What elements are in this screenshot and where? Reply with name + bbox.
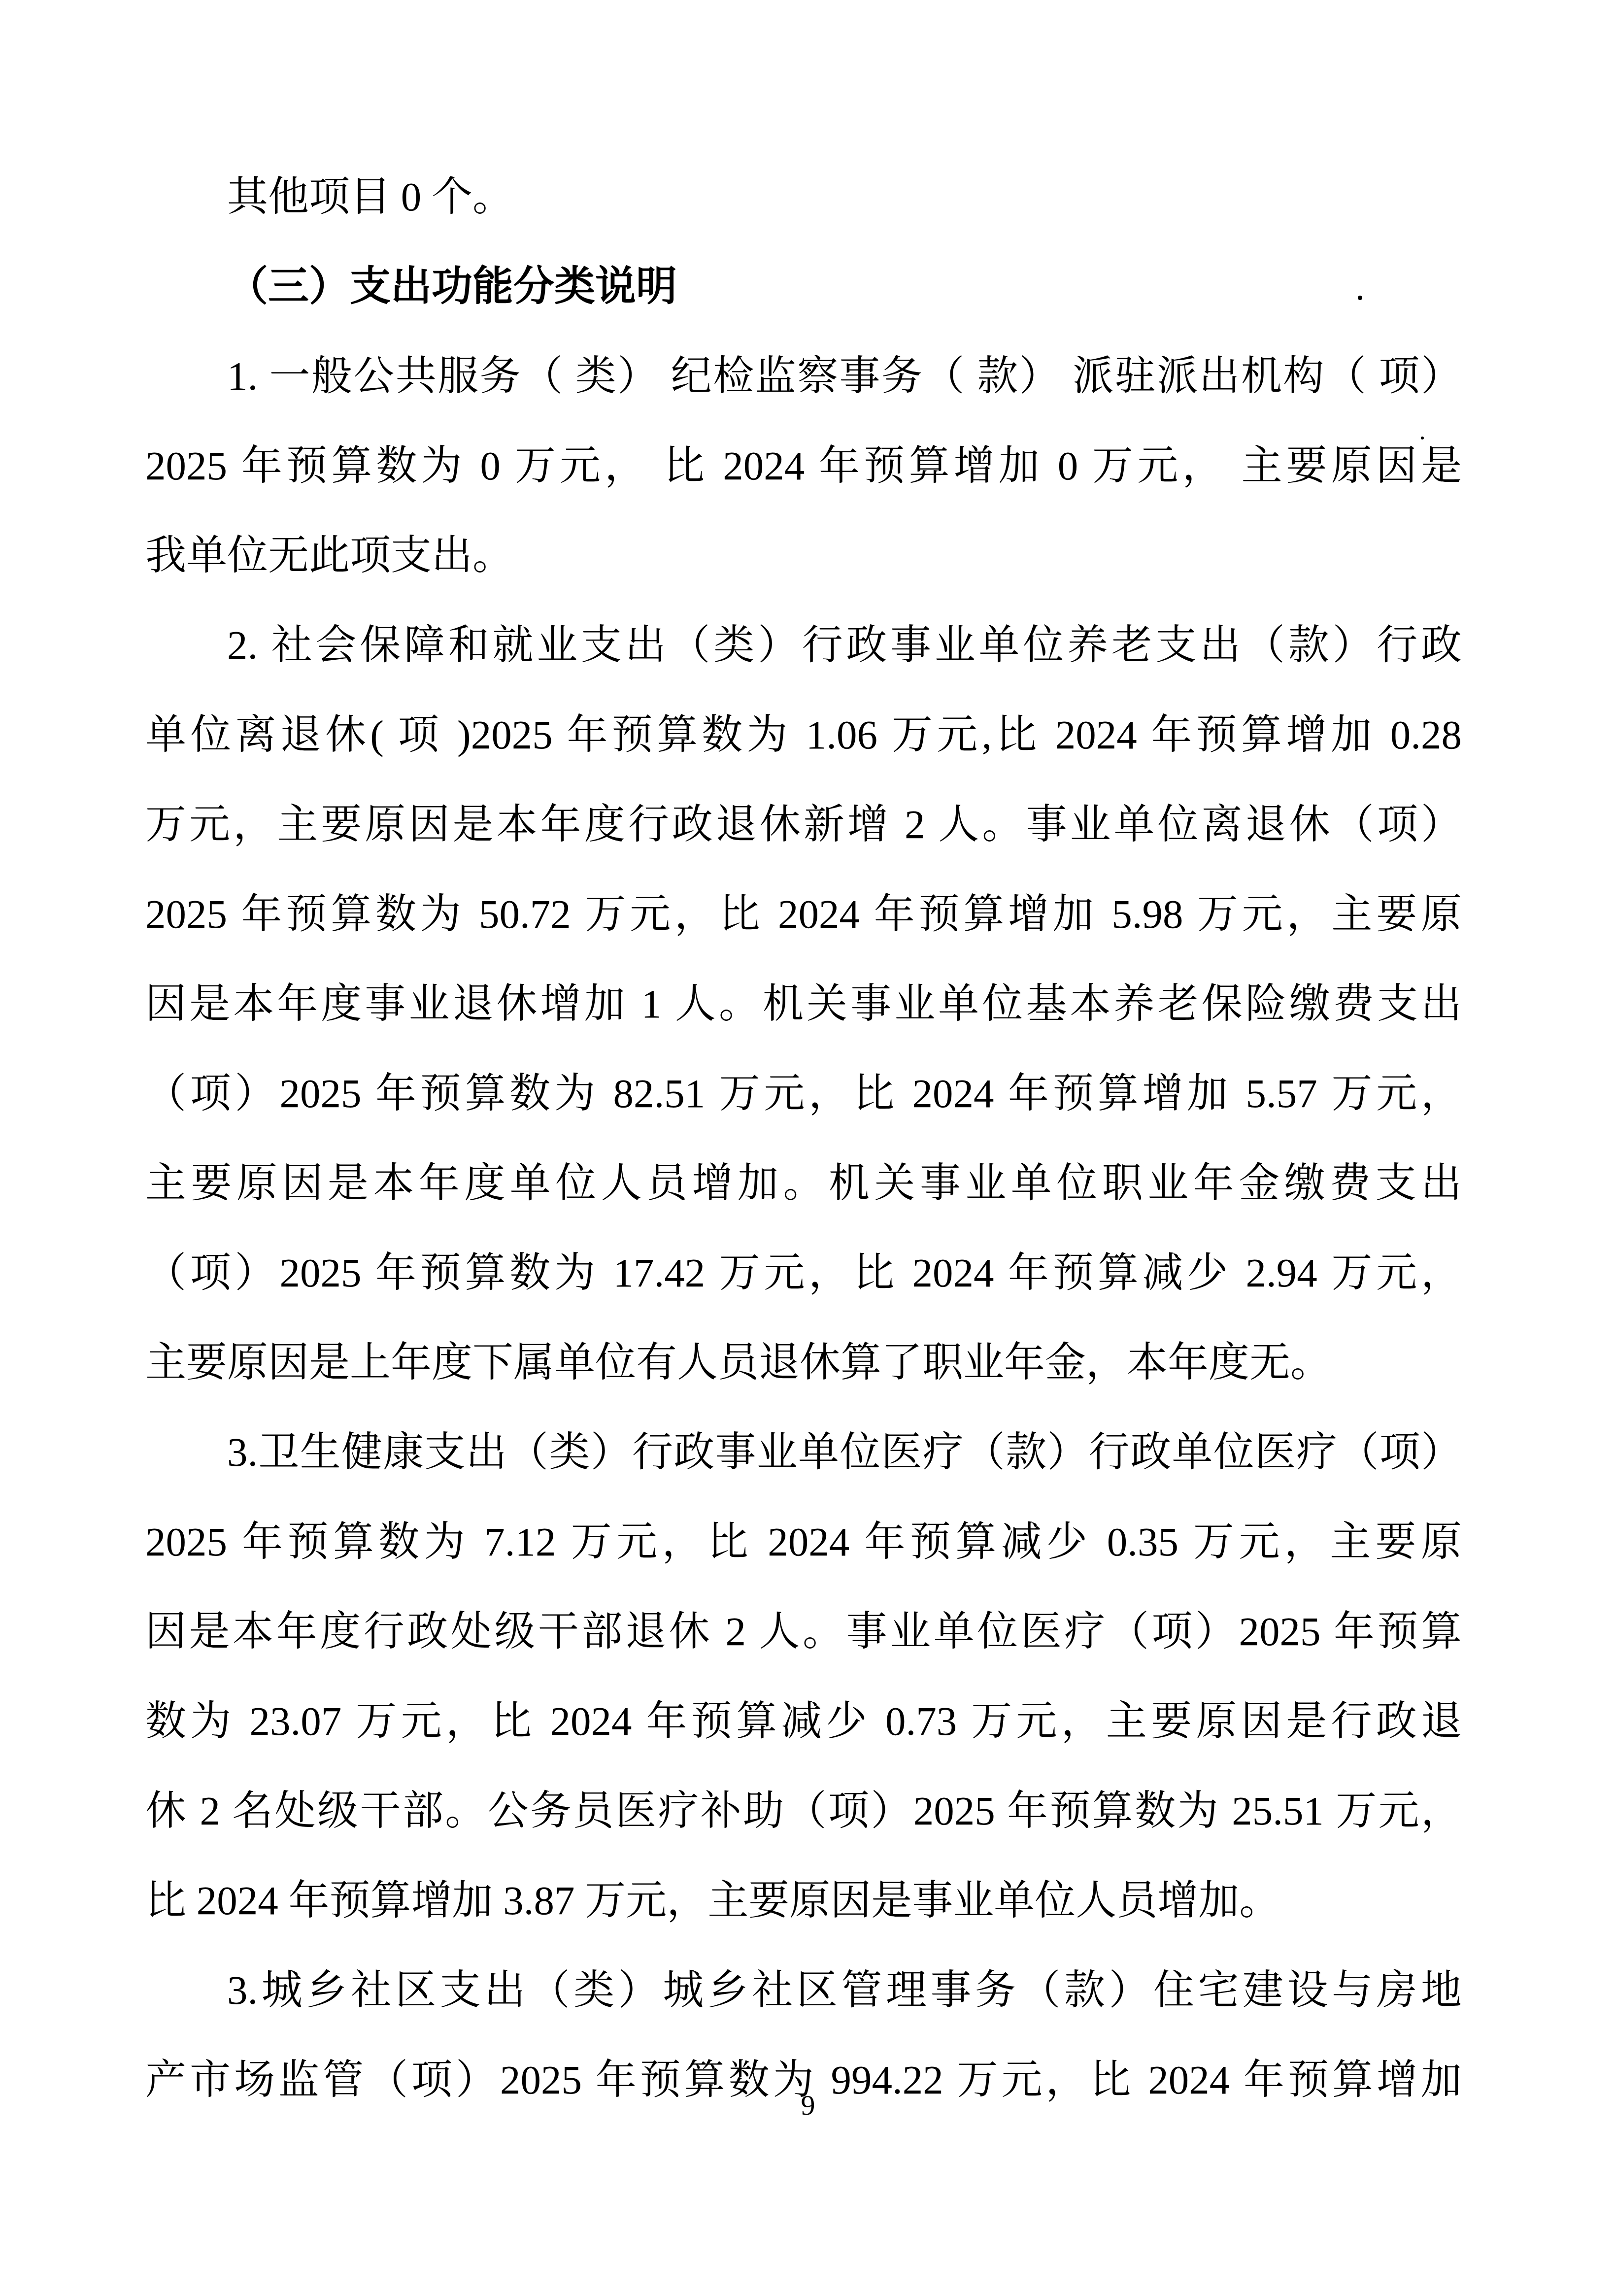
text-line: 主要原因是本年度单位人员增加。机关事业单位职业年金缴费支出 [145, 1138, 1462, 1228]
text-line: 比 2024 年预算增加 3.87 万元，主要原因是事业单位人员增加。 [145, 1856, 1462, 1945]
text-line: 其他项目 0 个。 [145, 152, 1462, 241]
text-line: 我单位无此项支出。 [145, 510, 1462, 600]
text-line: 2025 年预算数为 7.12 万元，比 2024 年预算减少 0.35 万元，… [145, 1497, 1462, 1587]
text-line: （项）2025 年预算数为 17.42 万元，比 2024 年预算减少 2.94… [145, 1228, 1462, 1317]
text-line: 主要原因是上年度下属单位有人员退休算了职业年金，本年度无。 [145, 1317, 1462, 1407]
scan-artifact-dot [1358, 296, 1362, 300]
scan-artifact-dot [1421, 437, 1424, 439]
text-line: 2025 年预算数为 50.72 万元，比 2024 年预算增加 5.98 万元… [145, 869, 1462, 959]
text-line: 2. 社会保障和就业支出（类）行政事业单位养老支出（款）行政 [145, 600, 1462, 690]
text-line: 数为 23.07 万元，比 2024 年预算减少 0.73 万元，主要原因是行政… [145, 1676, 1462, 1766]
text-line: 单位离退休( 项 )2025 年预算数为 1.06 万元,比 2024 年预算增… [145, 690, 1462, 779]
section-heading: （三）支出功能分类说明 [145, 241, 1462, 331]
document-page: 其他项目 0 个。（三）支出功能分类说明1. 一般公共服务（ 类） 纪检监察事务… [0, 0, 1615, 2296]
text-line: 因是本年度行政处级干部退休 2 人。事业单位医疗（项）2025 年预算 [145, 1587, 1462, 1676]
text-line: 万元，主要原因是本年度行政退休新增 2 人。事业单位离退休（项） [145, 779, 1462, 869]
text-line: （项）2025 年预算数为 82.51 万元，比 2024 年预算增加 5.57… [145, 1048, 1462, 1138]
document-body: 其他项目 0 个。（三）支出功能分类说明1. 一般公共服务（ 类） 纪检监察事务… [145, 152, 1462, 2125]
page-number: 9 [781, 2088, 835, 2123]
text-line: 2025 年预算数为 0 万元， 比 2024 年预算增加 0 万元， 主要原因… [145, 421, 1462, 510]
text-line: 因是本年度事业退休增加 1 人。机关事业单位基本养老保险缴费支出 [145, 959, 1462, 1048]
text-line: 1. 一般公共服务（ 类） 纪检监察事务（ 款） 派驻派出机构（ 项） [145, 331, 1462, 421]
text-line: 3.城乡社区支出（类）城乡社区管理事务（款）住宅建设与房地 [145, 1945, 1462, 2035]
text-line: 休 2 名处级干部。公务员医疗补助（项）2025 年预算数为 25.51 万元， [145, 1766, 1462, 1856]
text-line: 3.卫生健康支出（类）行政事业单位医疗（款）行政单位医疗（项） [145, 1407, 1462, 1497]
